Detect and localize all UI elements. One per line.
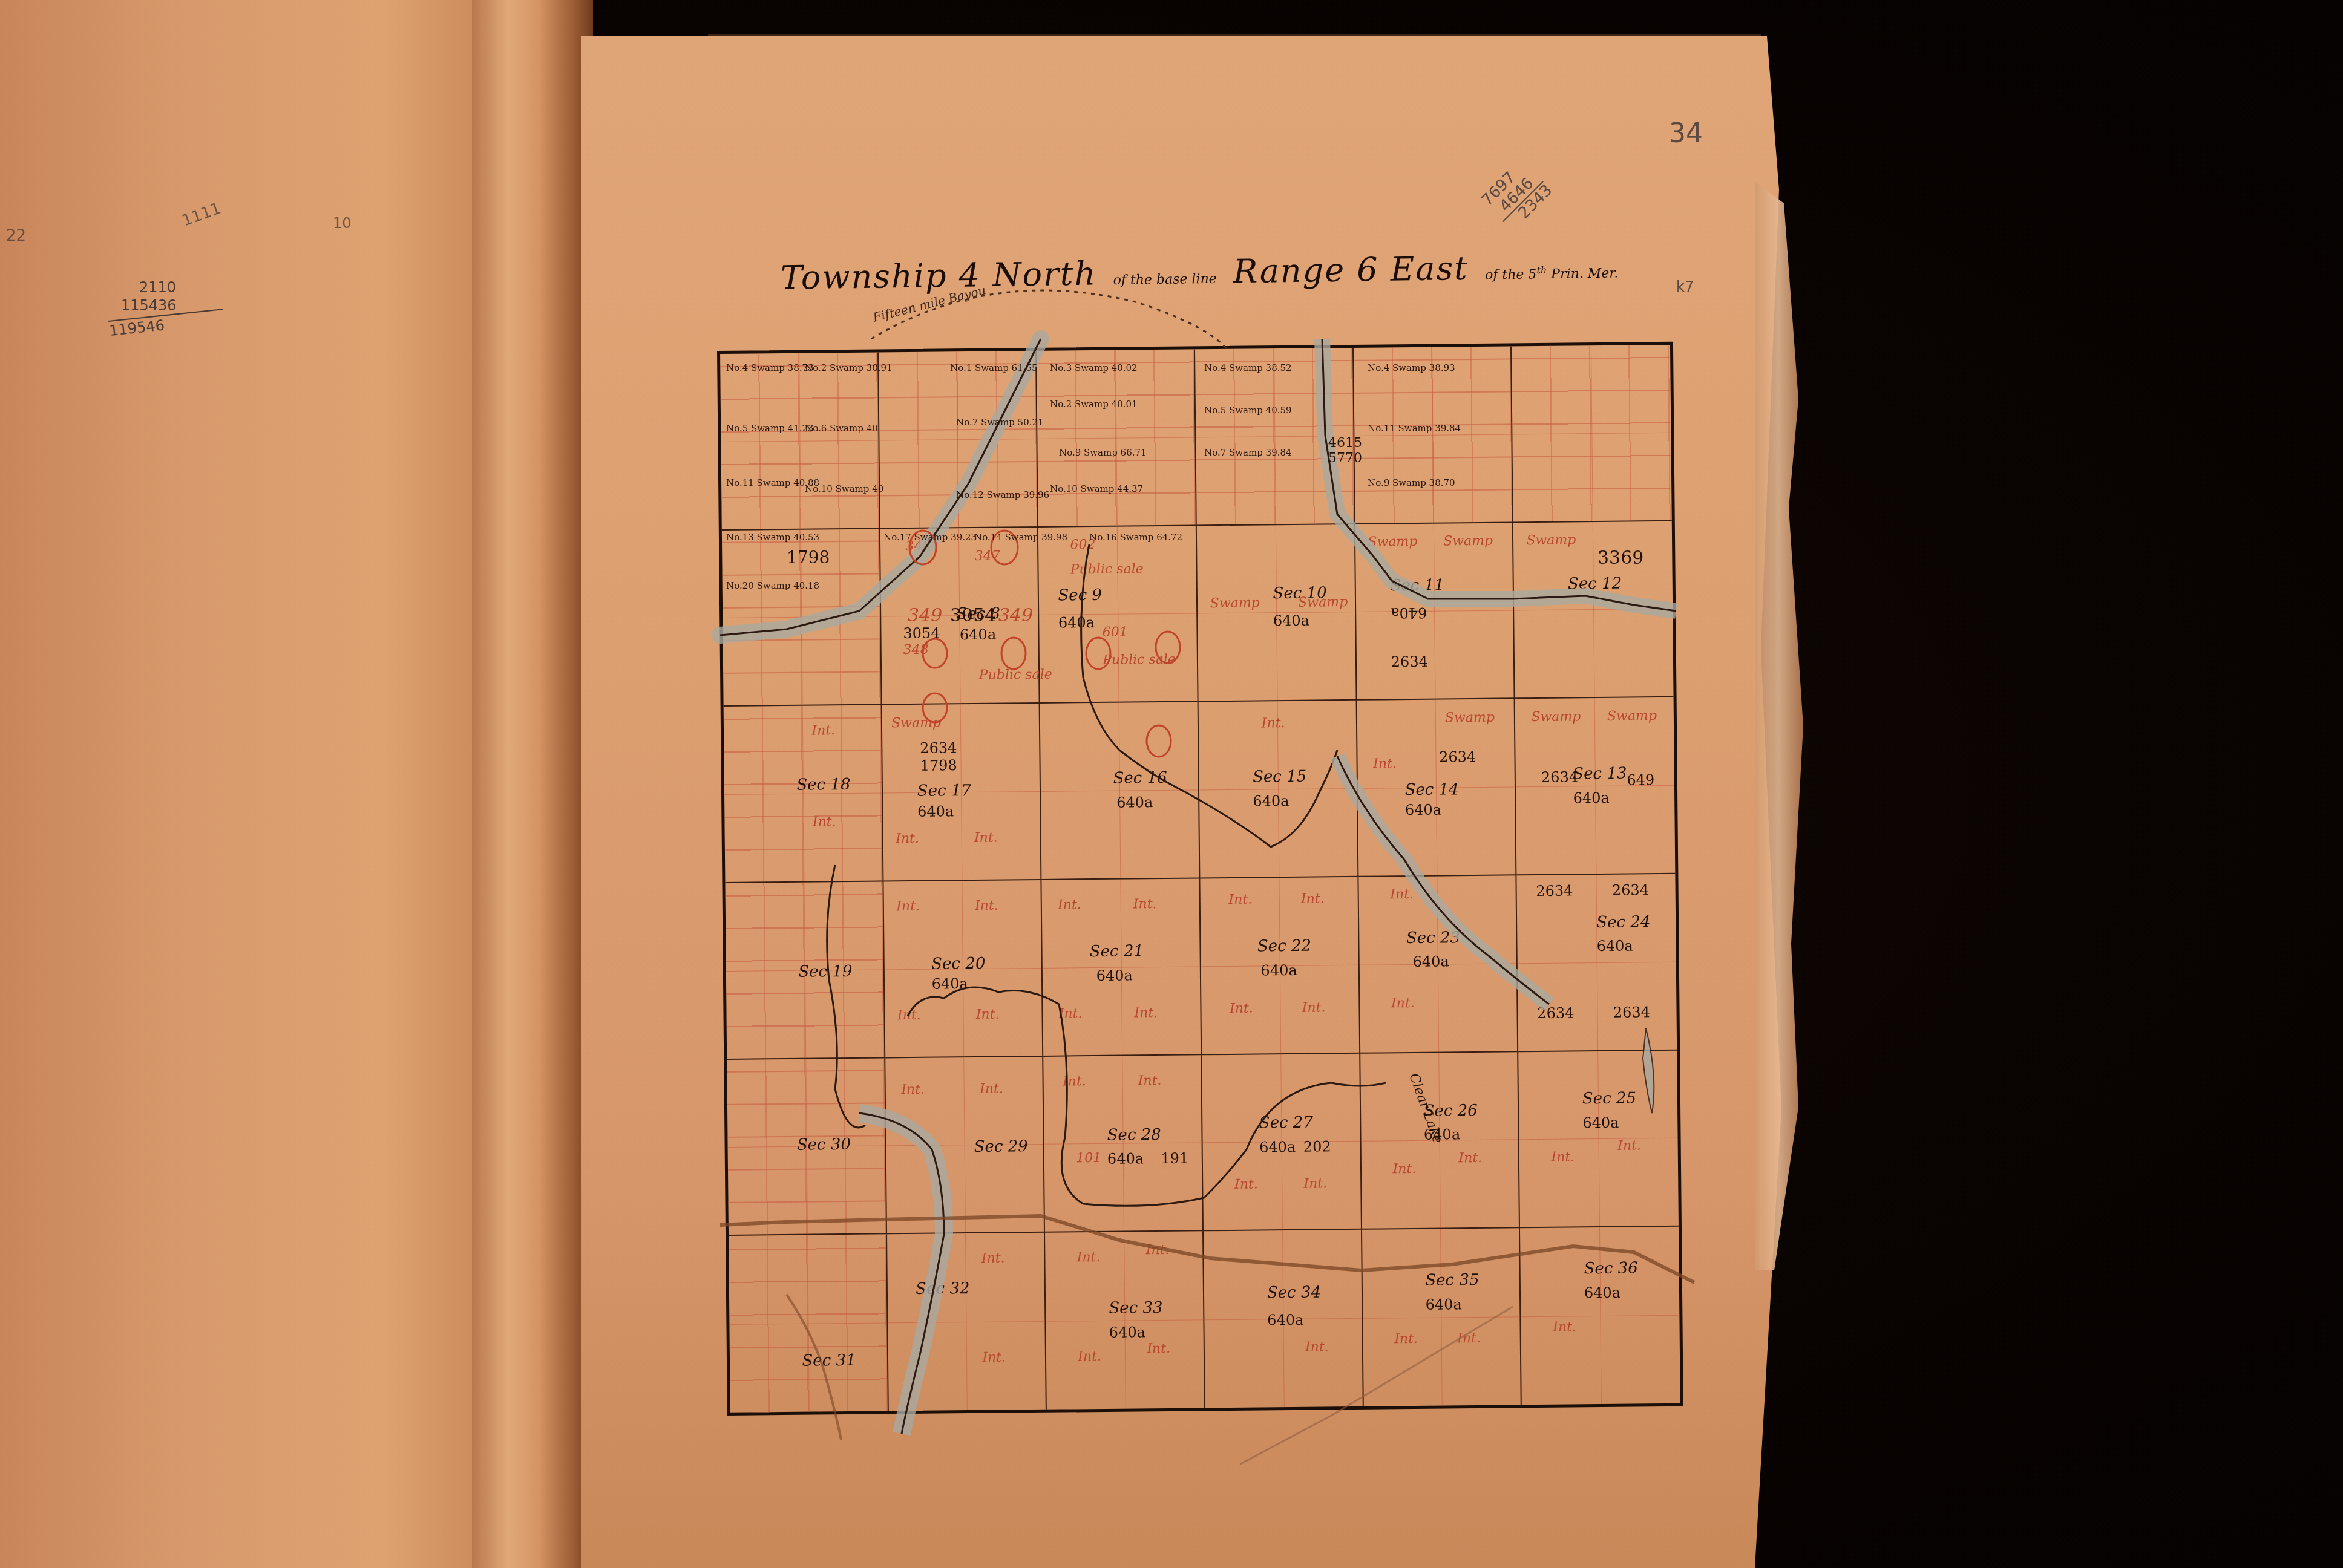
int-note: Int.: [1077, 1250, 1101, 1265]
public-sale-note: Public sale: [1103, 652, 1176, 668]
lot-entry: No.10 Swamp 44.37: [1050, 484, 1143, 494]
section-9: 602 Public sale Sec 9 640a 601 Public sa…: [1038, 526, 1198, 704]
int-note: Int.: [1458, 1151, 1482, 1166]
lot-entry: No.2 Swamp 40.01: [1050, 399, 1138, 410]
int-note: Int.: [1303, 1177, 1327, 1192]
int-note: Int.: [1394, 1331, 1418, 1347]
section-35: Sec 35 640a Int. Int.: [1362, 1229, 1522, 1406]
section-grid: Sec 8 640a 348 347 3054 348 Public sale …: [720, 345, 1680, 1413]
lot-entry: No.9 Swamp 38.70: [1368, 478, 1455, 488]
section-18: Sec 18 Int. Int.: [724, 705, 883, 883]
int-note: Int.: [1147, 1341, 1170, 1356]
section-acres: 640a: [960, 626, 996, 643]
swamp-note: Swamp: [1298, 595, 1348, 610]
lot-entry: No.5 Swamp 41.23: [726, 423, 814, 434]
public-sale-note: Public sale: [1070, 561, 1144, 577]
int-note: Int.: [1058, 897, 1081, 912]
section-label: Sec 29: [974, 1137, 1028, 1156]
claim-number: 4615: [1328, 436, 1362, 451]
int-note: Int.: [1390, 887, 1414, 902]
section-acres: 640a: [1116, 794, 1153, 811]
section-label: Sec 13: [1573, 765, 1627, 783]
title-meridian-sup: th: [1536, 264, 1547, 276]
section-label: Sec 20: [931, 954, 985, 973]
title-baseline: of the base line: [1113, 272, 1217, 288]
section-label: Sec 36: [1584, 1259, 1637, 1278]
public-sale-note: Public sale: [979, 667, 1052, 683]
section-label: Sec 28: [1107, 1126, 1161, 1145]
int-note: Int.: [1134, 1005, 1158, 1021]
section-28: Sec 28 101 640a 191 Int. Int.: [1044, 1055, 1204, 1233]
int-note: Int.: [1617, 1138, 1641, 1154]
swamp-note: Swamp: [891, 715, 941, 731]
section-20: Sec 20 640a Int. Int. Int. Int.: [883, 880, 1043, 1058]
section-label: Sec 12: [1568, 574, 1622, 593]
int-note: Int.: [1551, 1149, 1575, 1165]
title-range: Range 6 East: [1233, 249, 1469, 290]
section-label: Sec 9: [1058, 586, 1102, 605]
section-acres: 640a: [1267, 1312, 1303, 1329]
section-30: Sec 30: [727, 1058, 886, 1236]
section-acres: 640a: [1584, 1284, 1620, 1301]
left-page: [0, 0, 545, 1568]
section-31: Sec 31: [729, 1235, 888, 1413]
section-label: Sec 24: [1596, 913, 1650, 932]
title-meridian-name: Prin. Mer.: [1551, 266, 1618, 282]
pencil-calculation-left: 2110 115436 119546: [109, 278, 224, 334]
section-label: Sec 15: [1253, 768, 1306, 786]
section-34: Sec 34 640a Int.: [1204, 1230, 1363, 1408]
int-note: Int.: [1373, 756, 1397, 771]
section-acres: 640a: [1109, 1324, 1145, 1341]
section-17: Swamp 2634 1798 Sec 17 640a Int. Int.: [882, 704, 1041, 881]
lot-entry: No.4 Swamp 38.73: [726, 363, 814, 373]
int-note: Int.: [1391, 996, 1415, 1011]
claim-number: 2634: [1537, 1005, 1574, 1022]
section-1: [1512, 345, 1671, 523]
section-13: Swamp Swamp 2634 Sec 13 649 640a: [1515, 697, 1675, 875]
claim-number: 1798: [787, 547, 830, 567]
int-note: Int.: [1059, 1006, 1083, 1021]
int-note: Int.: [976, 1007, 1000, 1022]
section-acres: 640a: [1597, 938, 1633, 955]
claim-number: 101: [1076, 1151, 1101, 1166]
pencil-mark: 10: [333, 215, 352, 232]
claim-number: 347: [975, 549, 1000, 564]
section-label: Sec 33: [1109, 1299, 1162, 1318]
section-acres: 640a: [1260, 962, 1297, 979]
section-36: Sec 36 640a Int.: [1520, 1227, 1680, 1405]
lot-entry: No.4 Swamp 38.52: [1204, 363, 1292, 373]
section-acres: 640a: [1573, 789, 1610, 807]
claim-number: 601: [1103, 624, 1128, 639]
int-note: Int.: [980, 1082, 1003, 1097]
lot-entry: No.11 Swamp 39.84: [1368, 423, 1461, 434]
section-6: [720, 352, 880, 530]
lot-entry: No.13 Swamp 40.53: [726, 532, 819, 543]
int-note: Int.: [813, 814, 836, 829]
claim-number: 2634: [1439, 748, 1476, 766]
section-label: Sec 17: [917, 782, 971, 800]
int-note: Int.: [1063, 1074, 1086, 1089]
section-11: Sec 11 640a 2634 Swamp Swamp: [1355, 523, 1515, 701]
section-label: Sec 18: [796, 776, 850, 794]
claim-number: 2634: [1613, 1004, 1650, 1022]
section-label: Sec 19: [798, 962, 852, 981]
claim-number: 349: [908, 605, 942, 626]
section-label: Sec 31: [802, 1351, 856, 1370]
lot-entry: No.5 Swamp 40.59: [1204, 405, 1292, 416]
int-note: Int.: [1230, 1001, 1253, 1016]
int-note: Int.: [974, 830, 998, 845]
section-5: [879, 351, 1038, 529]
swamp-note: Swamp: [1210, 595, 1260, 611]
section-29: Sec 29 Int. Int.: [885, 1057, 1045, 1235]
section-label: Sec 32: [916, 1279, 969, 1298]
lot-entry: No.9 Swamp 66.71: [1059, 448, 1147, 458]
section-label: Sec 34: [1267, 1283, 1321, 1302]
lot-entry: No.2 Swamp 38.91: [805, 363, 893, 373]
section-14: Swamp 2634 Sec 14 640a Int.: [1357, 699, 1516, 877]
claim-number: 348: [903, 642, 929, 658]
lot-entry: No.16 Swamp 64.72: [1089, 532, 1182, 543]
int-note: Int.: [975, 898, 998, 913]
section-acres: 640a: [1253, 792, 1289, 810]
section-acres: 640a: [1405, 802, 1441, 819]
lot-entry: No.1 Swamp 61.55: [950, 363, 1038, 373]
int-note: Int.: [1138, 1073, 1162, 1088]
section-19: Sec 19: [725, 881, 885, 1059]
swamp-note: Swamp: [1607, 708, 1657, 724]
section-label: Sec 25: [1582, 1089, 1636, 1108]
section-acres: 640a: [1058, 615, 1095, 632]
section-16: Sec 16 640a: [1040, 702, 1200, 880]
swamp-note: Swamp: [1526, 532, 1576, 548]
township-plat-map: Sec 8 640a 348 347 3054 348 Public sale …: [717, 342, 1683, 1416]
section-label: Sec 35: [1425, 1271, 1479, 1290]
section-acres: 640a: [917, 803, 954, 820]
lot-entry: No.17 Swamp 39.23: [883, 532, 977, 543]
claim-number: 3054: [903, 624, 940, 642]
pencil-mark: 22: [6, 227, 26, 245]
section-12: Sec 12 Swamp: [1513, 521, 1673, 699]
int-note: Int.: [982, 1350, 1006, 1365]
section-22: Sec 22 640a Int. Int. Int. Int.: [1200, 877, 1360, 1055]
section-label: Sec 11: [1390, 576, 1444, 595]
section-acres: 640a: [1273, 612, 1309, 630]
section-label: Sec 16: [1113, 769, 1167, 788]
int-note: Int.: [897, 1007, 921, 1022]
claim-number: 3054: [950, 605, 996, 626]
swamp-note: Swamp: [1443, 534, 1493, 549]
lot-entry: No.3 Swamp 40.02: [1050, 363, 1138, 373]
int-note: Int.: [981, 1251, 1005, 1266]
lot-entry: No.12 Swamp 39.96: [956, 490, 1049, 500]
claim-number: 3369: [1597, 547, 1643, 569]
int-note: Int.: [1392, 1161, 1416, 1177]
int-note: Int.: [1078, 1349, 1101, 1364]
section-25: Sec 25 640a Int. Int.: [1519, 1050, 1679, 1228]
section-acres: 640a: [1096, 967, 1132, 984]
section-4: [1037, 349, 1196, 527]
section-acres: 640a: [1391, 604, 1427, 622]
int-note: Int.: [1302, 1000, 1326, 1015]
int-note: Int.: [1305, 1340, 1329, 1355]
section-15: Sec 15 640a Int.: [1199, 701, 1358, 878]
swamp-note: Swamp: [1368, 534, 1417, 550]
page-number: 34: [1669, 118, 1703, 149]
claim-number: 2634: [1612, 881, 1649, 899]
corner-note: k7: [1676, 278, 1694, 295]
int-note: Int.: [1262, 716, 1285, 731]
lot-entry: No.4 Swamp 38.93: [1368, 363, 1455, 373]
int-note: Int.: [1553, 1319, 1576, 1334]
int-note: Int.: [1228, 892, 1252, 907]
section-label: Sec 22: [1257, 937, 1311, 956]
claim-number: 202: [1303, 1138, 1331, 1155]
section-10: Sec 10 640a Swamp Swamp: [1197, 524, 1357, 702]
claim-number: 2634: [920, 739, 957, 757]
title-meridian: of the 5: [1485, 267, 1537, 283]
claim-number: 2634: [1536, 882, 1573, 900]
section-acres: 640a: [1259, 1138, 1296, 1156]
calc-line: 2110: [109, 278, 224, 296]
section-32: Sec 32 Int. Int.: [887, 1233, 1047, 1411]
lot-entry: No.7 Swamp 50.21: [956, 417, 1044, 428]
claim-number: 649: [1627, 771, 1654, 788]
section-label: Sec 14: [1404, 780, 1458, 799]
int-note: Int.: [1457, 1331, 1481, 1346]
section-acres: 640a: [931, 975, 968, 993]
title-township: Township 4 North: [780, 254, 1096, 296]
section-label: Sec 30: [797, 1135, 851, 1154]
section-acres: 640a: [1582, 1114, 1619, 1132]
int-note: Int.: [1234, 1177, 1258, 1192]
section-27: Sec 27 640a 202 Int. Int.: [1202, 1054, 1362, 1232]
int-note: Int.: [1301, 892, 1325, 907]
int-note: Int.: [896, 831, 919, 846]
claim-number: 2634: [1391, 653, 1428, 671]
lot-entry: No.10 Swamp 40: [805, 484, 883, 494]
claim-number: 5770: [1328, 451, 1362, 466]
book-gutter: [472, 0, 593, 1568]
lot-entry: No.20 Swamp 40.18: [726, 581, 819, 591]
section-acres: 640a: [1107, 1150, 1144, 1168]
claim-number: 349: [998, 605, 1033, 626]
int-note: Int.: [811, 723, 835, 738]
claim-number: 1798: [920, 757, 957, 774]
lot-entry: No.6 Swamp 40: [805, 423, 878, 434]
section-label: Sec 23: [1406, 929, 1460, 947]
int-note: Int.: [1133, 897, 1157, 912]
lot-entry: No.14 Swamp 39.98: [974, 532, 1067, 543]
section-24: 2634 2634 Sec 24 640a 2634 2634: [1517, 874, 1677, 1052]
section-23: Sec 23 640a Int. Int.: [1358, 875, 1518, 1053]
swamp-note: Swamp: [1531, 709, 1581, 725]
int-note: Int.: [901, 1082, 925, 1097]
int-note: Int.: [1146, 1243, 1170, 1258]
section-acres: 640a: [1413, 953, 1449, 971]
lot-entry: No.7 Swamp 39.84: [1204, 448, 1292, 458]
swamp-note: Swamp: [1445, 710, 1495, 725]
section-33: Sec 33 640a Int. Int. Int. Int.: [1045, 1232, 1205, 1410]
claim-number: 191: [1161, 1150, 1188, 1167]
section-acres: 640a: [1426, 1296, 1462, 1313]
int-note: Int.: [896, 899, 920, 914]
section-label: Sec 27: [1259, 1114, 1313, 1132]
section-label: Sec 21: [1090, 942, 1144, 961]
section-21: Sec 21 640a Int. Int. Int. Int.: [1042, 878, 1202, 1056]
